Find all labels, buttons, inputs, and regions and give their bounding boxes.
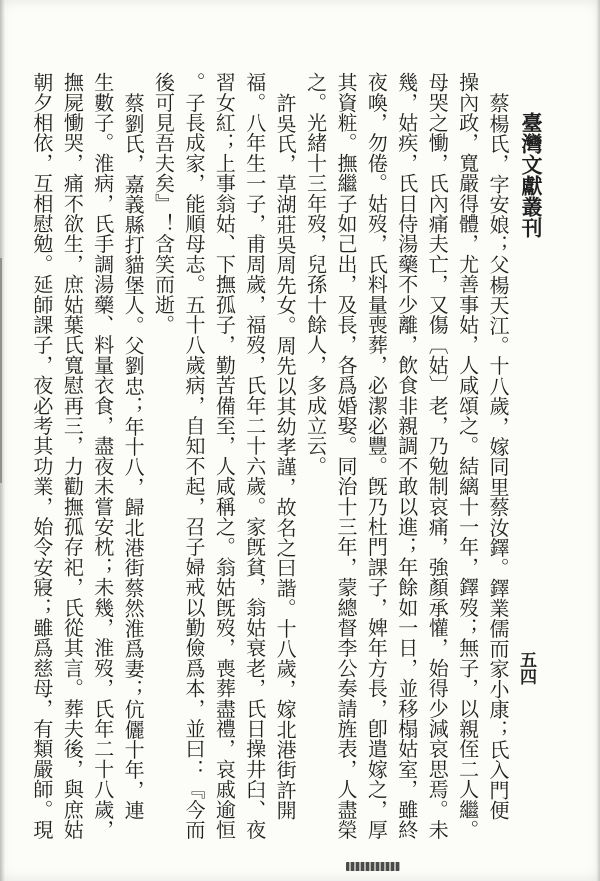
text-column: 後可見吾夫矣』！含笑而逝。 bbox=[147, 72, 177, 861]
text-column: 母哭之慟，氏內痛夫亡，又傷〔姑〕老，乃勉制哀痛，強顏承懽，始得少減哀思焉。未 bbox=[421, 72, 451, 861]
text-column: 蔡劉氏，嘉義縣打貓堡人。父劉忠；年十八，歸北港街蔡然淮爲妻；伉儷十年，連 bbox=[117, 72, 147, 861]
page-number: 五四 bbox=[514, 651, 539, 685]
text-column: 生數子。淮病，氏手調湯藥、料量衣食，盡夜未嘗安枕；未幾，淮歿，氏年二十八歲， bbox=[86, 72, 116, 861]
text-column: 幾，姑疾，氏日侍湯藥不少離，飲食非親調不敢以進；年餘如一日，並移榻姑室，雖終 bbox=[390, 72, 420, 861]
text-column: 撫屍慟哭，痛不欲生，庶姑葉氏寬慰再三，力勸撫孤存祀，氏從其言。葬夫後，與庶姑 bbox=[56, 72, 86, 861]
text-column: 操內政，寬嚴得體，尤善事姑，人咸頌之。結縭十一年，鐸歿；無子，以親侄二人繼。 bbox=[451, 72, 481, 861]
scan-edge-mark bbox=[0, 258, 2, 483]
text-column: 朝夕相依，互相慰勉。延師課子，夜必考其功業，始令安寢；雖爲慈母，有類嚴師。現 bbox=[26, 72, 56, 861]
text-column: 福。八年生一子，甫周歲，福歿，氏年二十六歲。家旣貧，翁姑衰老，氏日操井臼、夜 bbox=[238, 72, 268, 861]
document-body: 蔡楊氏，字安娘；父楊天江。十八歲，嫁同里蔡汝鐸。鐸業儒而家小康；氏入門便操內政，… bbox=[26, 72, 513, 861]
text-column: 蔡楊氏，字安娘；父楊天江。十八歲，嫁同里蔡汝鐸。鐸業儒而家小康；氏入門便 bbox=[482, 72, 512, 861]
text-column: 。子長成家，能順母志。五十八歲病，自知不起，召子婦戒以勤儉爲本，並曰：『今而 bbox=[178, 72, 208, 861]
scan-edge-shadow-right bbox=[596, 0, 600, 881]
text-column: 之。光緒十三年歿，兒孫十餘人，多成立云。 bbox=[299, 72, 329, 861]
text-column: 夜喚，勿倦。姑歿，氏料量喪葬，必潔必豐。旣乃杜門課子，婢年方長，卽遣嫁之，厚 bbox=[360, 72, 390, 861]
scan-artifact bbox=[346, 862, 400, 871]
text-column: 習女紅；上事翁姑、下撫孤子，勤苦備至，人咸稱之。翁姑旣歿，喪葬盡禮，哀戚逾恒 bbox=[208, 72, 238, 861]
text-column: 其資粧。撫繼子如己出，及長，各爲婚娶。同治十三年，蒙總督李公奏請旌表，人盡榮 bbox=[330, 72, 360, 861]
text-column: 許吳氏，草湖莊吳周先女。周先以其幼孝謹，故名之曰諧。十八歲，嫁北港街許開 bbox=[269, 72, 299, 861]
scanned-book-page: 臺灣文獻叢刊 五四 蔡楊氏，字安娘；父楊天江。十八歲，嫁同里蔡汝鐸。鐸業儒而家小… bbox=[0, 0, 600, 881]
series-title: 臺灣文獻叢刊 bbox=[516, 112, 546, 238]
